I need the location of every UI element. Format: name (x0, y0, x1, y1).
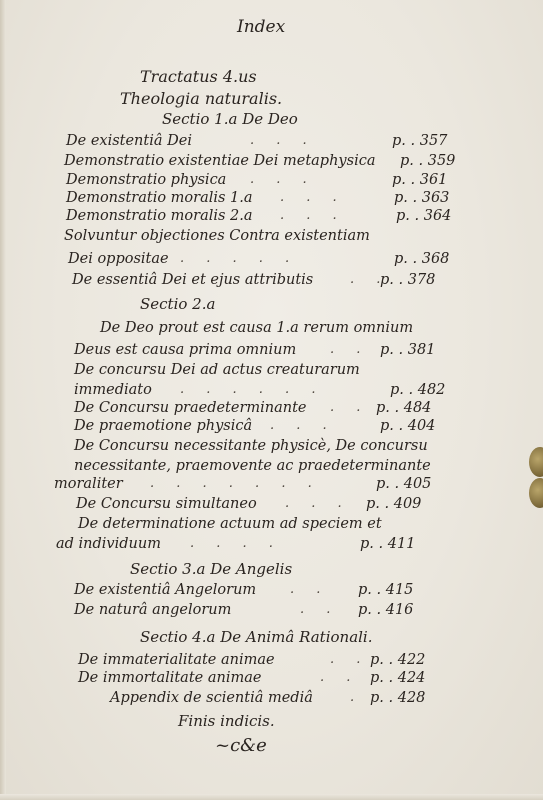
entry-text: Deus est causa prima omnium (74, 342, 296, 358)
entry-page: p. . 428 (370, 690, 425, 706)
entry-text: De existentiâ Angelorum (74, 582, 256, 598)
entry-text: De immortalitate animae (78, 670, 261, 686)
entry-page: p. . 359 (400, 153, 455, 169)
entry-text: Appendix de scientiâ mediâ (110, 690, 313, 706)
index-entry: Demonstratio moralis 2.a . . . p. . 364 (0, 208, 543, 226)
entry-text: Demonstratio moralis 2.a (66, 208, 253, 224)
entry-dots: . . . (270, 418, 336, 433)
index-entry: Demonstratio physica . . . p. . 361 (0, 172, 543, 190)
index-entry: Solvuntur objectiones Contra existentiam (0, 228, 543, 246)
entry-page: p. . 482 (390, 382, 445, 398)
entry-text: De determinatione actuum ad speciem et (78, 516, 382, 532)
entry-dots: . . . . . . (180, 382, 324, 397)
entry-dots: . . . . (190, 536, 282, 551)
entry-dots: . . (330, 400, 369, 415)
entry-page: p. . 378 (380, 272, 435, 288)
index-entry: De naturâ angelorum . . p. . 416 (0, 602, 543, 620)
entry-text: Demonstratio physica (66, 172, 226, 188)
entry-dots: . . (320, 670, 359, 685)
entry-page: p. . 368 (394, 251, 449, 267)
index-entry: De Concursu praedeterminante . . p. . 48… (0, 400, 543, 418)
entry-dots: . . (330, 652, 369, 667)
index-entry: necessitante, praemovente ac praedetermi… (0, 458, 543, 476)
entry-text: Solvuntur objectiones Contra existentiam (64, 228, 370, 244)
entry-page: p. . 361 (392, 172, 447, 188)
index-entry: De praemotione physicâ . . . p. . 404 (0, 418, 543, 436)
index-entry: De Concursu simultaneo . . . p. . 409 (0, 496, 543, 514)
section-heading-1: Sectio 1.a De Deo (162, 110, 298, 128)
index-entry: moraliter . . . . . . . p. . 405 (0, 476, 543, 494)
entry-dots: . . (290, 582, 329, 597)
index-entry: ad individuum . . . . p. . 411 (0, 536, 543, 554)
entry-page: p. . 415 (358, 582, 413, 598)
index-entry: De existentiâ Dei . . . p. . 357 (0, 133, 543, 151)
page-edge-bottom (0, 794, 543, 800)
entry-text: moraliter (54, 476, 123, 492)
index-entry: Dei oppositae . . . . . p. . 368 (0, 251, 543, 269)
entry-dots: . . . (285, 496, 351, 511)
entry-text: De essentiâ Dei et ejus attributis (72, 272, 313, 288)
entry-text: De existentiâ Dei (66, 133, 192, 149)
index-entry: Demonstratio existentiae Dei metaphysica… (0, 153, 543, 171)
entry-text: necessitante, praemovente ac praedetermi… (74, 458, 431, 474)
index-entry: immediato . . . . . . p. . 482 (0, 382, 543, 400)
entry-text: De praemotione physicâ (74, 418, 252, 434)
index-entry: De determinatione actuum ad speciem et (0, 516, 543, 534)
index-entry: De immaterialitate animae . . p. . 422 (0, 652, 543, 670)
entry-text: De Concursu praedeterminante (74, 400, 307, 416)
ornament-flourish: ~c&e (215, 735, 267, 756)
entry-page: p. . 405 (376, 476, 431, 492)
entry-text: De concursu Dei ad actus creaturarum (74, 362, 360, 378)
section-heading-3: Sectio 3.a De Angelis (130, 560, 292, 578)
entry-dots: . . (300, 602, 339, 617)
index-entry: De Deo prout est causa 1.a rerum omnium (0, 320, 543, 338)
entry-text: immediato (74, 382, 152, 398)
entry-page: p. . 424 (370, 670, 425, 686)
entry-page: p. . 381 (380, 342, 435, 358)
entry-page: p. . 422 (370, 652, 425, 668)
index-entry: Appendix de scientiâ mediâ . p. . 428 (0, 690, 543, 708)
entry-dots: . (350, 690, 363, 705)
index-entry: Deus est causa prima omnium . . p. . 381 (0, 342, 543, 360)
manuscript-page: Index Tractatus 4.us Theologia naturalis… (0, 0, 543, 800)
entry-text: ad individuum (56, 536, 161, 552)
entry-text: Demonstratio moralis 1.a (66, 190, 253, 206)
entry-dots: . . (330, 342, 369, 357)
entry-page: p. . 364 (396, 208, 451, 224)
index-title: Index (237, 18, 285, 36)
tractatus-heading: Tractatus 4.us (140, 68, 257, 86)
closing-text: Finis indicis. (178, 712, 275, 730)
entry-dots: . . . (250, 172, 316, 187)
theologia-heading: Theologia naturalis. (120, 90, 282, 108)
index-entry: De Concursu necessitante physicè, De con… (0, 438, 543, 456)
section-heading-4: Sectio 4.a De Animâ Rationali. (140, 628, 373, 646)
index-entry: De concursu Dei ad actus creaturarum (0, 362, 543, 380)
index-entry: De immortalitate animae . . p. . 424 (0, 670, 543, 688)
entry-page: p. . 404 (380, 418, 435, 434)
entry-text: De Deo prout est causa 1.a rerum omnium (100, 320, 413, 336)
entry-text: Dei oppositae (68, 251, 169, 267)
entry-page: p. . 357 (392, 133, 447, 149)
entry-text: Demonstratio existentiae Dei metaphysica (64, 153, 375, 169)
entry-dots: . . . (280, 208, 346, 223)
entry-page: p. . 484 (376, 400, 431, 416)
entry-text: De naturâ angelorum (74, 602, 231, 618)
entry-text: De Concursu simultaneo (76, 496, 257, 512)
entry-page: p. . 416 (358, 602, 413, 618)
entry-dots: . . . . . . . (150, 476, 321, 491)
index-entry: De essentiâ Dei et ejus attributis . . p… (0, 272, 543, 290)
entry-dots: . . . (280, 190, 346, 205)
entry-text: De Concursu necessitante physicè, De con… (74, 438, 428, 454)
entry-dots: . . . (250, 133, 316, 148)
entry-page: p. . 411 (360, 536, 415, 552)
index-entry: Demonstratio moralis 1.a . . . p. . 363 (0, 190, 543, 208)
entry-dots: . . . . . (180, 251, 298, 266)
index-entry: De existentiâ Angelorum . . p. . 415 (0, 582, 543, 600)
section-heading-2: Sectio 2.a (140, 295, 215, 313)
entry-text: De immaterialitate animae (78, 652, 275, 668)
entry-page: p. . 363 (394, 190, 449, 206)
entry-page: p. . 409 (366, 496, 421, 512)
